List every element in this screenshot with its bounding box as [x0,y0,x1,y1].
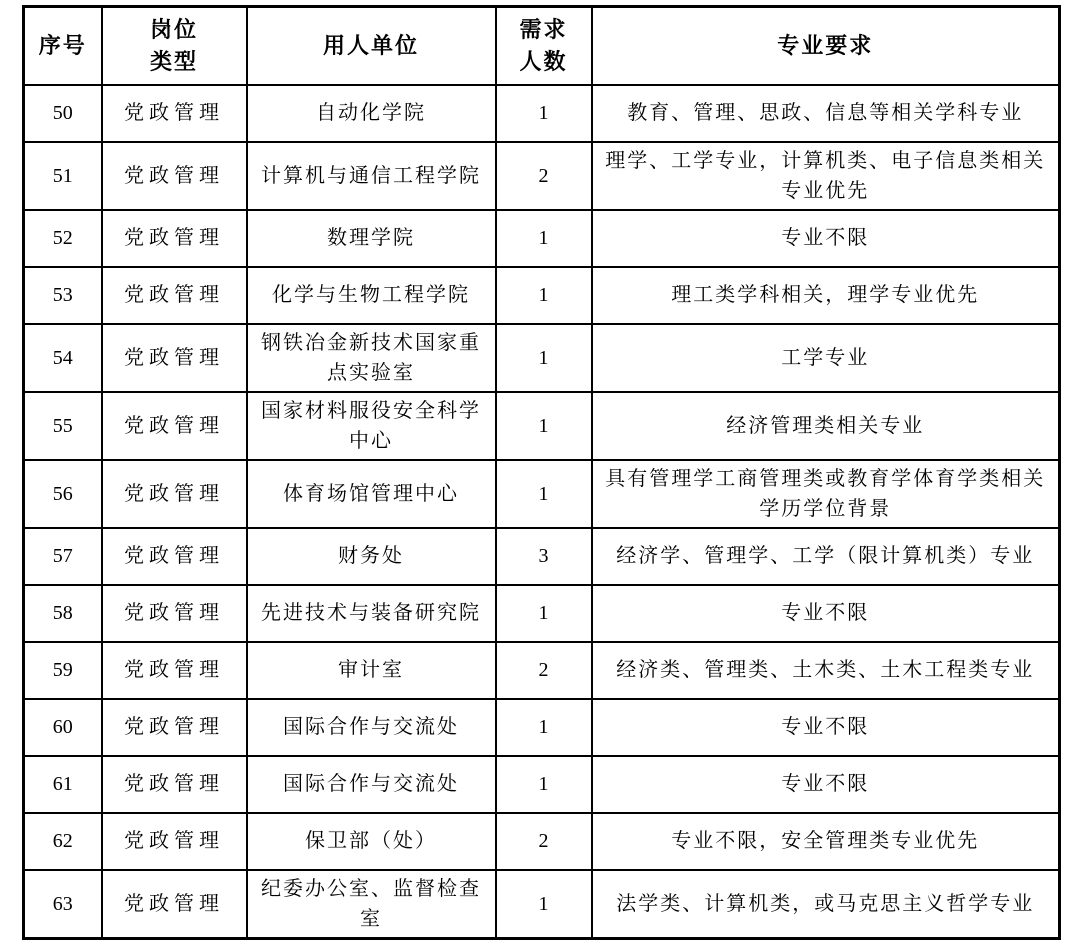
header-headcount: 需求 人数 [496,7,592,85]
major-requirement-cell: 理工类学科相关，理学专业优先 [592,267,1060,324]
position-type-cell: 党政管理 [102,870,247,939]
headcount-cell: 1 [496,585,592,642]
serial-number-cell: 62 [24,813,102,870]
employing-unit-cell: 国家材料服役安全科学中心 [247,392,496,460]
serial-number-cell: 53 [24,267,102,324]
table-row: 58党政管理先进技术与装备研究院1专业不限 [24,585,1060,642]
headcount-cell: 1 [496,699,592,756]
employing-unit-cell: 审计室 [247,642,496,699]
serial-number-cell: 60 [24,699,102,756]
headcount-cell: 1 [496,85,592,142]
major-requirement-cell: 专业不限 [592,585,1060,642]
position-type-cell: 党政管理 [102,392,247,460]
header-employing-unit: 用人单位 [247,7,496,85]
table-row: 59党政管理审计室2经济类、管理类、土木类、土木工程类专业 [24,642,1060,699]
table-body: 50党政管理自动化学院1教育、管理、思政、信息等相关学科专业51党政管理计算机与… [24,85,1060,939]
position-type-cell: 党政管理 [102,267,247,324]
table-row: 51党政管理计算机与通信工程学院2理学、工学专业，计算机类、电子信息类相关专业优… [24,142,1060,210]
table-row: 63党政管理纪委办公室、监督检查室1法学类、计算机类，或马克思主义哲学专业 [24,870,1060,939]
employing-unit-cell: 数理学院 [247,210,496,267]
table-row: 55党政管理国家材料服役安全科学中心1经济管理类相关专业 [24,392,1060,460]
headcount-cell: 1 [496,460,592,528]
position-type-cell: 党政管理 [102,85,247,142]
major-requirement-cell: 专业不限 [592,756,1060,813]
table-row: 61党政管理国际合作与交流处1专业不限 [24,756,1060,813]
position-type-cell: 党政管理 [102,813,247,870]
page: 序号 岗位 类型 用人单位 需求 人数 专业要求 50党政管理自动化学院1教育、… [0,0,1080,951]
serial-number-cell: 51 [24,142,102,210]
major-requirement-cell: 工学专业 [592,324,1060,392]
major-requirement-cell: 教育、管理、思政、信息等相关学科专业 [592,85,1060,142]
table-row: 50党政管理自动化学院1教育、管理、思政、信息等相关学科专业 [24,85,1060,142]
serial-number-cell: 59 [24,642,102,699]
employing-unit-cell: 国际合作与交流处 [247,699,496,756]
header-serial-number: 序号 [24,7,102,85]
headcount-cell: 1 [496,267,592,324]
serial-number-cell: 50 [24,85,102,142]
header-position-type: 岗位 类型 [102,7,247,85]
table-header: 序号 岗位 类型 用人单位 需求 人数 专业要求 [24,7,1060,85]
employing-unit-cell: 国际合作与交流处 [247,756,496,813]
header-major-requirement: 专业要求 [592,7,1060,85]
header-row: 序号 岗位 类型 用人单位 需求 人数 专业要求 [24,7,1060,85]
headcount-cell: 1 [496,210,592,267]
serial-number-cell: 63 [24,870,102,939]
employing-unit-cell: 财务处 [247,528,496,585]
serial-number-cell: 58 [24,585,102,642]
headcount-cell: 1 [496,756,592,813]
serial-number-cell: 56 [24,460,102,528]
major-requirement-cell: 经济学、管理学、工学（限计算机类）专业 [592,528,1060,585]
employing-unit-cell: 保卫部（处） [247,813,496,870]
employing-unit-cell: 化学与生物工程学院 [247,267,496,324]
position-type-cell: 党政管理 [102,460,247,528]
headcount-cell: 1 [496,870,592,939]
table-row: 52党政管理数理学院1专业不限 [24,210,1060,267]
headcount-cell: 1 [496,324,592,392]
headcount-cell: 1 [496,392,592,460]
position-type-cell: 党政管理 [102,142,247,210]
employing-unit-cell: 计算机与通信工程学院 [247,142,496,210]
position-type-cell: 党政管理 [102,585,247,642]
position-type-cell: 党政管理 [102,210,247,267]
employing-unit-cell: 体育场馆管理中心 [247,460,496,528]
table-row: 54党政管理钢铁冶金新技术国家重点实验室1工学专业 [24,324,1060,392]
position-type-cell: 党政管理 [102,642,247,699]
employing-unit-cell: 先进技术与装备研究院 [247,585,496,642]
table-row: 53党政管理化学与生物工程学院1理工类学科相关，理学专业优先 [24,267,1060,324]
table-row: 60党政管理国际合作与交流处1专业不限 [24,699,1060,756]
serial-number-cell: 55 [24,392,102,460]
table-row: 57党政管理财务处3经济学、管理学、工学（限计算机类）专业 [24,528,1060,585]
position-type-cell: 党政管理 [102,699,247,756]
headcount-cell: 2 [496,142,592,210]
major-requirement-cell: 法学类、计算机类，或马克思主义哲学专业 [592,870,1060,939]
major-requirement-cell: 专业不限 [592,699,1060,756]
serial-number-cell: 54 [24,324,102,392]
employing-unit-cell: 自动化学院 [247,85,496,142]
major-requirement-cell: 专业不限，安全管理类专业优先 [592,813,1060,870]
position-type-cell: 党政管理 [102,324,247,392]
employing-unit-cell: 纪委办公室、监督检查室 [247,870,496,939]
major-requirement-cell: 理学、工学专业，计算机类、电子信息类相关专业优先 [592,142,1060,210]
table-row: 62党政管理保卫部（处）2专业不限，安全管理类专业优先 [24,813,1060,870]
major-requirement-cell: 专业不限 [592,210,1060,267]
major-requirement-cell: 经济管理类相关专业 [592,392,1060,460]
table-row: 56党政管理体育场馆管理中心1具有管理学工商管理类或教育学体育学类相关学历学位背… [24,460,1060,528]
major-requirement-cell: 具有管理学工商管理类或教育学体育学类相关学历学位背景 [592,460,1060,528]
employing-unit-cell: 钢铁冶金新技术国家重点实验室 [247,324,496,392]
serial-number-cell: 52 [24,210,102,267]
major-requirement-cell: 经济类、管理类、土木类、土木工程类专业 [592,642,1060,699]
headcount-cell: 3 [496,528,592,585]
position-type-cell: 党政管理 [102,756,247,813]
serial-number-cell: 57 [24,528,102,585]
serial-number-cell: 61 [24,756,102,813]
position-type-cell: 党政管理 [102,528,247,585]
headcount-cell: 2 [496,813,592,870]
job-positions-table: 序号 岗位 类型 用人单位 需求 人数 专业要求 50党政管理自动化学院1教育、… [22,5,1061,940]
headcount-cell: 2 [496,642,592,699]
